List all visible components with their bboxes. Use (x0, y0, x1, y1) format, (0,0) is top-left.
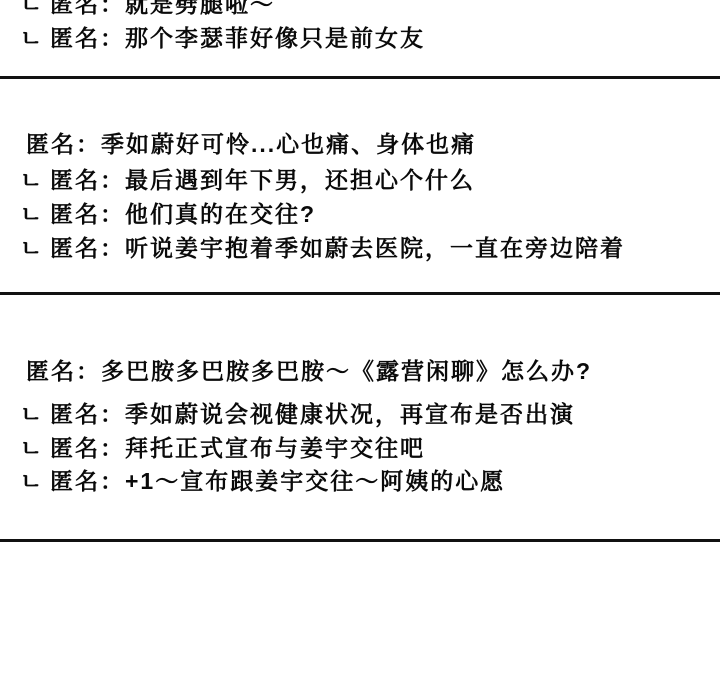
reply-text: 匿名：季如蔚说会视健康状况，再宣布是否出演 (50, 401, 575, 428)
comment-text: 匿名：多巴胺多巴胺多巴胺～《露营闲聊》怎么办? (26, 358, 592, 384)
reply-line: ㄴ 匿名：最后遇到年下男，还担心个什么 (20, 167, 475, 194)
reply-line: ㄴ 匿名：他们真的在交往? (20, 201, 316, 228)
reply-indent-icon: ㄴ (20, 468, 50, 495)
reply-text: 匿名：+1～宣布跟姜宇交往～阿姨的心愿 (50, 468, 505, 495)
reply-text: 匿名：拜托正式宣布与姜宇交往吧 (50, 435, 425, 462)
reply-line: ㄴ 匿名：就是劈腿啦～ (20, 0, 275, 18)
reply-line: ㄴ 匿名：拜托正式宣布与姜宇交往吧 (20, 435, 425, 462)
section-divider (0, 76, 720, 79)
comment-board-panel: ㄴ 匿名：就是劈腿啦～ ㄴ 匿名：那个李瑟菲好像只是前女友 匿名：季如蔚好可怜.… (0, 0, 720, 700)
reply-indent-icon: ㄴ (20, 201, 50, 228)
reply-indent-icon: ㄴ (20, 0, 50, 18)
reply-text: 匿名：他们真的在交往? (50, 201, 316, 228)
comment-text: 匿名：季如蔚好可怜...心也痛、身体也痛 (26, 131, 476, 157)
reply-indent-icon: ㄴ (20, 235, 50, 262)
reply-text: 匿名：那个李瑟菲好像只是前女友 (50, 25, 425, 52)
reply-line: ㄴ 匿名：季如蔚说会视健康状况，再宣布是否出演 (20, 401, 575, 428)
comment-line: 匿名：多巴胺多巴胺多巴胺～《露营闲聊》怎么办? (26, 358, 592, 385)
reply-text: 匿名：听说姜宇抱着季如蔚去医院，一直在旁边陪着 (50, 235, 625, 262)
reply-indent-icon: ㄴ (20, 401, 50, 428)
reply-line: ㄴ 匿名：那个李瑟菲好像只是前女友 (20, 25, 425, 52)
reply-text: 匿名：最后遇到年下男，还担心个什么 (50, 167, 475, 194)
reply-line: ㄴ 匿名：+1～宣布跟姜宇交往～阿姨的心愿 (20, 468, 505, 495)
reply-text: 匿名：就是劈腿啦～ (50, 0, 275, 18)
reply-line: ㄴ 匿名：听说姜宇抱着季如蔚去医院，一直在旁边陪着 (20, 235, 625, 262)
section-divider (0, 539, 720, 542)
reply-indent-icon: ㄴ (20, 435, 50, 462)
section-divider (0, 292, 720, 295)
reply-indent-icon: ㄴ (20, 167, 50, 194)
reply-indent-icon: ㄴ (20, 25, 50, 52)
comment-line: 匿名：季如蔚好可怜...心也痛、身体也痛 (26, 131, 476, 158)
